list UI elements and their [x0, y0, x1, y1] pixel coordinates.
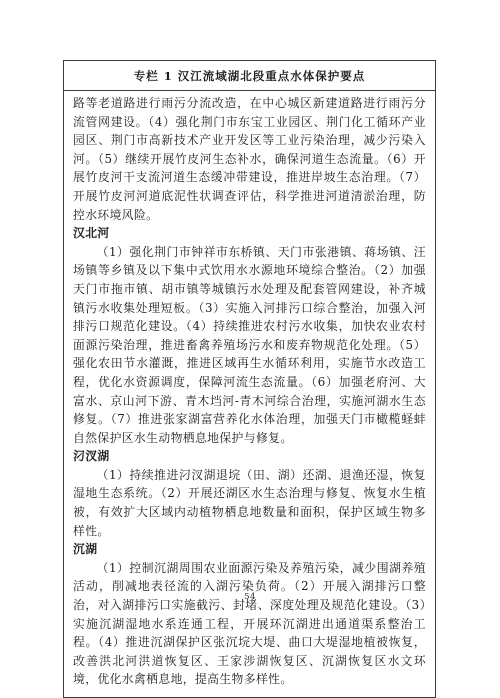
- paragraph: （1）控制沉湖周围农业面源污染及养殖污染，减少围湖养殖活动，削减地表径流的入湖污…: [73, 559, 426, 689]
- callout-box-title: 专栏 1 汉江流域湖北段重点水体保护要点: [64, 61, 435, 91]
- paragraph: （1）持续推进汈汊湖退垸（田、湖）还湖、退渔还湿，恢复湿地生态系统。（2）开展还…: [73, 466, 426, 540]
- callout-box: 专栏 1 汉江流域湖北段重点水体保护要点 路等老道路进行雨污分流改造，在中心城区…: [63, 60, 436, 698]
- document-page: 专栏 1 汉江流域湖北段重点水体保护要点 路等老道路进行雨污分流改造，在中心城区…: [0, 0, 500, 647]
- page-number: 54: [0, 592, 500, 602]
- section-heading: 沉湖: [73, 540, 426, 559]
- callout-box-body: 路等老道路进行雨污分流改造，在中心城区新建道路进行雨污分流管网建设。（4）强化荆…: [64, 91, 435, 697]
- paragraph: （1）强化荆门市钟祥市东桥镇、天门市张港镇、蒋场镇、汪场镇等乡镇及以下集中式饮用…: [73, 243, 426, 448]
- section-heading: 汉北河: [73, 224, 426, 243]
- section-heading: 汈汊湖: [73, 447, 426, 466]
- paragraph: 路等老道路进行雨污分流改造，在中心城区新建道路进行雨污分流管网建设。（4）强化荆…: [73, 94, 426, 224]
